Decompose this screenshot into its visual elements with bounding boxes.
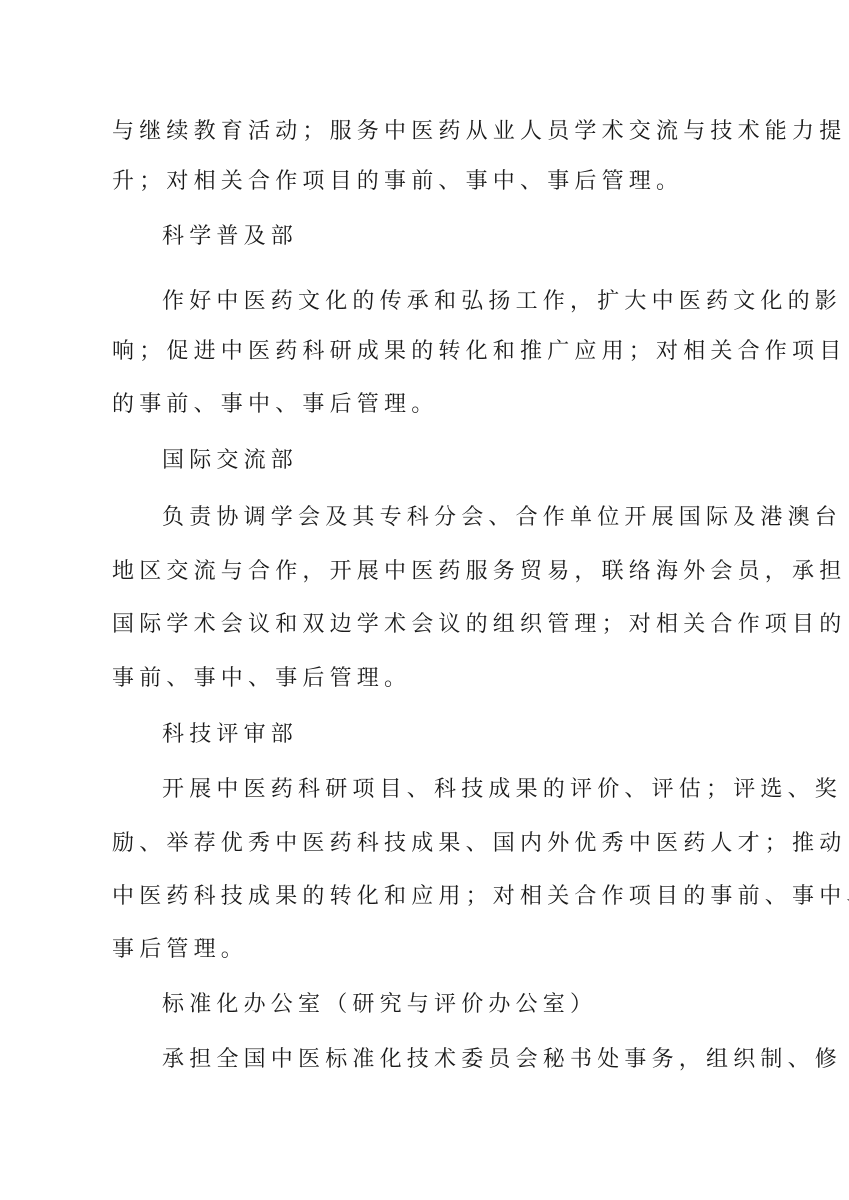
paragraph-line: 响；促进中医药科研成果的转化和推广应用；对相关合作项目	[112, 337, 752, 367]
paragraph-line: 事前、事中、事后管理。	[112, 664, 752, 694]
paragraph-line: 国际学术会议和双边学术会议的组织管理；对相关合作项目的	[112, 610, 752, 640]
paragraph-line: 中医药科技成果的转化和应用；对相关合作项目的事前、事中、	[112, 882, 752, 912]
paragraph-line: 开展中医药科研项目、科技成果的评价、评估；评选、奖	[162, 775, 802, 805]
paragraph-line: 作好中医药文化的传承和弘扬工作，扩大中医药文化的影	[162, 287, 802, 317]
section-heading: 科技评审部	[162, 720, 802, 750]
paragraph-line: 事后管理。	[112, 935, 752, 965]
paragraph-line: 励、举荐优秀中医药科技成果、国内外优秀中医药人才；推动	[112, 829, 752, 859]
paragraph-line: 升；对相关合作项目的事前、事中、事后管理。	[112, 167, 752, 197]
section-heading: 标准化办公室（研究与评价办公室）	[162, 990, 802, 1020]
section-heading: 科学普及部	[162, 222, 802, 252]
paragraph-line: 承担全国中医标准化技术委员会秘书处事务，组织制、修	[162, 1045, 802, 1075]
paragraph-line: 与继续教育活动；服务中医药从业人员学术交流与技术能力提	[112, 117, 752, 147]
paragraph-line: 负责协调学会及其专科分会、合作单位开展国际及港澳台	[162, 503, 802, 533]
paragraph-line: 地区交流与合作，开展中医药服务贸易，联络海外会员，承担	[112, 557, 752, 587]
document-page: 与继续教育活动；服务中医药从业人员学术交流与技术能力提 升；对相关合作项目的事前…	[0, 0, 849, 1200]
section-heading: 国际交流部	[162, 446, 802, 476]
paragraph-line: 的事前、事中、事后管理。	[112, 390, 752, 420]
